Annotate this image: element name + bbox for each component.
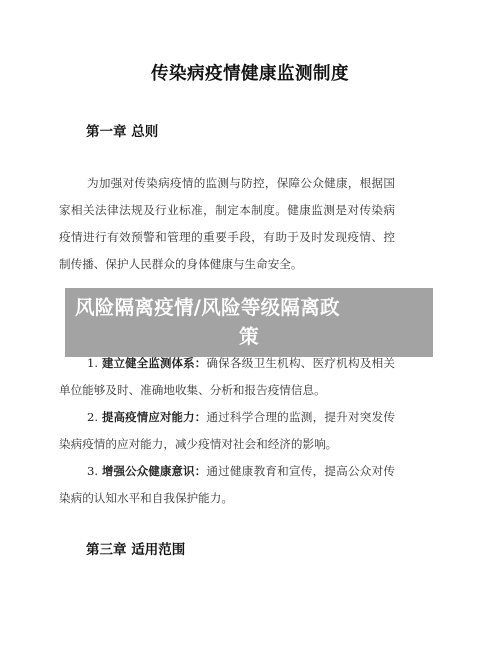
item-lead: 提高疫情应对能力：	[102, 410, 206, 424]
objective-item-3: 3. 增强公众健康意识：通过健康教育和宣传，提高公众对传染病的认知水平和自我保护…	[59, 458, 395, 512]
chapter-3-heading: 第三章 适用范围	[86, 538, 185, 558]
overlay-line-1: 风险隔离疫情/风险等级隔离政	[65, 293, 433, 322]
document-title: 传染病疫情健康监测制度	[0, 60, 500, 85]
item-number: 3.	[87, 464, 98, 478]
intro-paragraph: 为加强对传染病疫情的监测与防控，保障公众健康，根据国家相关法律法规及行业标准，制…	[59, 170, 395, 278]
objective-item-2: 2. 提高疫情应对能力：通过科学合理的监测，提升对突发传染病疫情的应对能力，减少…	[59, 404, 395, 458]
item-number: 1.	[87, 356, 98, 370]
item-number: 2.	[87, 410, 98, 424]
item-lead: 增强公众健康意识：	[102, 464, 206, 478]
objective-item-1: 1. 建立健全监测体系：确保各级卫生机构、医疗机构及相关单位能够及时、准确地收集…	[59, 350, 395, 404]
item-lead: 建立健全监测体系：	[102, 356, 206, 370]
watermark-overlay-text: 风险隔离疫情/风险等级隔离政 策	[65, 293, 433, 351]
overlay-line-2: 策	[65, 322, 433, 351]
chapter-1-heading: 第一章 总则	[86, 120, 158, 140]
document-page: 传染病疫情健康监测制度 第一章 总则 为加强对传染病疫情的监测与防控，保障公众健…	[0, 0, 500, 647]
